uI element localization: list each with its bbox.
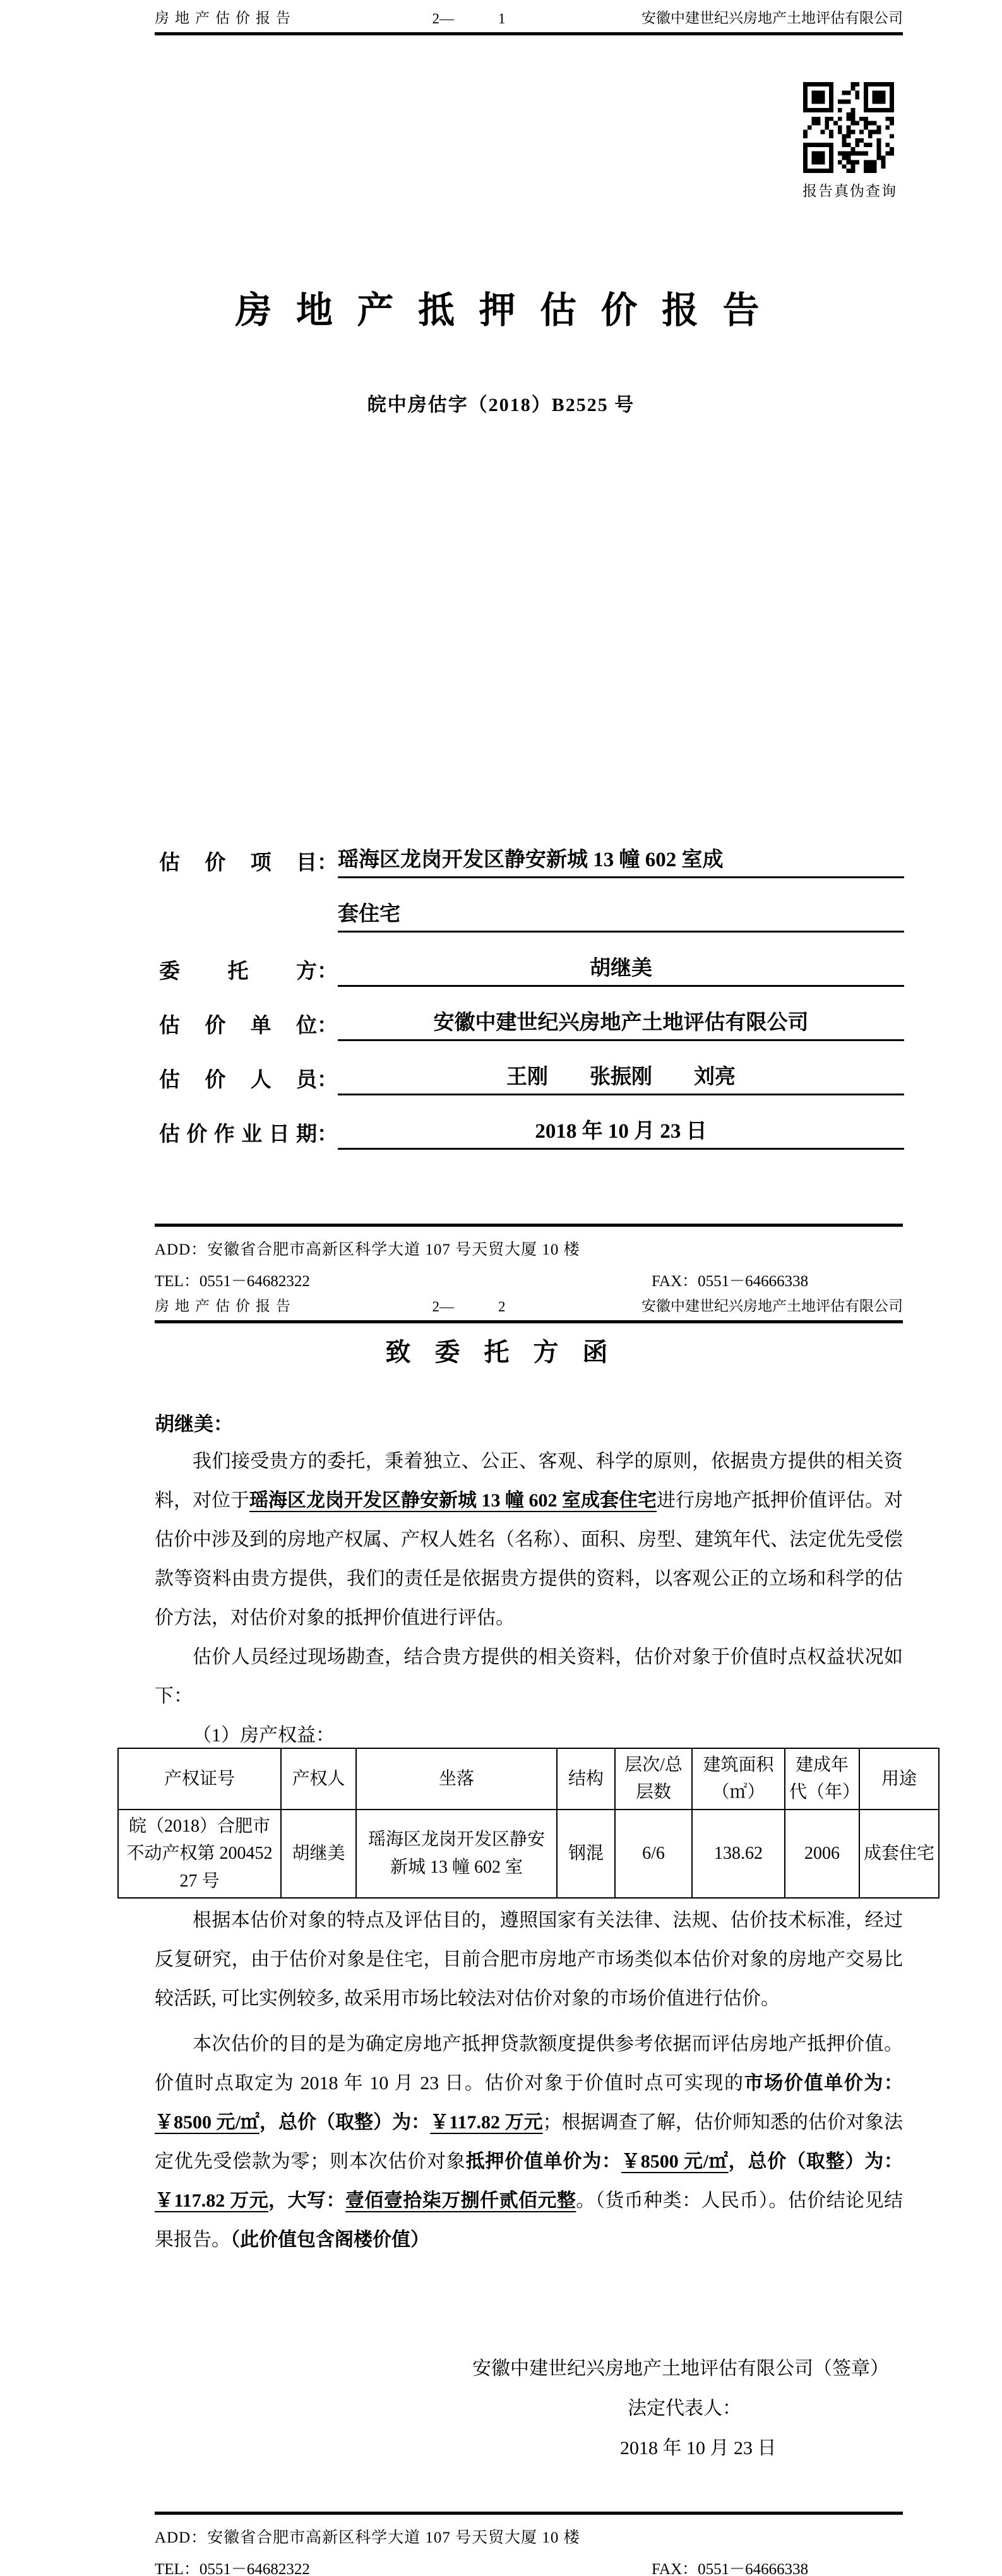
cover-field-date: 估价作业日期：2018 年 10 月 23 日 [159,1116,904,1150]
field-label: 委托方 [159,957,317,987]
qr-verification-block: 报告真伪查询 [802,82,895,200]
table-header-cell: 产权证号 [118,1748,281,1810]
field-value: 王刚 张振刚 刘亮 [338,1062,904,1095]
cover-field-project: 估价项目：瑶海区龙岗开发区静安新城 13 幢 602 室成 [159,845,904,878]
table-cell: 皖（2018）合肥市不动产权第 20045227 号 [118,1810,281,1898]
table-header-cell: 产权人 [281,1748,356,1810]
letter-salutation: 胡继美： [155,1408,233,1436]
cover-info-block: 估价项目：瑶海区龙岗开发区静安新城 13 幢 602 室成 套住宅 委托方：胡继… [159,845,904,1171]
report-title: 房 地 产 抵 押 估 价 报 告 [0,280,1002,333]
field-label: 估价项目 [159,848,317,878]
letter-paragraph-3: 根据本估价对象的特点及评估目的，遵照国家有关法律、法规、估价技术标准，经过反复研… [155,1901,903,2018]
table-cell: 瑶海区龙岗开发区静安新城 13 幢 602 室 [356,1810,557,1898]
footer-tel-fax: TEL：0551－64682322 FAX：0551－64666338 [155,1268,903,1288]
footer-fax: FAX：0551－64666338 [652,1268,808,1288]
signature-block: 安徽中建世纪兴房地产土地评估有限公司（签章） 法定代表人： 2018 年 10 … [155,2349,903,2468]
field-colon: ： [317,848,338,878]
signature-date: 2018 年 10 月 23 日 [155,2428,903,2468]
letter-paragraph-1: 我们接受贵方的委托，秉着独立、公正、客观、科学的原则，依据贵方提供的相关资料，对… [155,1442,903,1638]
cover-field-client: 委托方：胡继美 [159,953,904,987]
field-label: 估价作业日期 [159,1119,317,1150]
field-colon: ： [317,1011,338,1041]
running-header-report-name: 房地产估价报告 [155,1294,296,1315]
cover-field-agency: 估价单位：安徽中建世纪兴房地产土地评估有限公司 [159,1008,904,1041]
property-rights-table: 产权证号 产权人 坐落 结构 层次/总层数 建筑面积（㎡） 建成年代（年） 用途… [117,1748,939,1899]
table-cell: 钢混 [557,1810,615,1898]
letter-paragraph-4: 本次估价的目的是为确定房地产抵押贷款额度提供参考依据而评估房地产抵押价值。价值时… [155,2025,903,2260]
page-1: 房地产估价报告 2—1 安徽中建世纪兴房地产土地评估有限公司 报告真伪查询 房 … [0,0,1002,1288]
page-footer: ADD：安徽省合肥市高新区科学大道 107 号天贸大厦 10 楼 TEL：055… [155,1224,903,1288]
letter-paragraph-2: 估价人员经过现场勘查，结合贵方提供的相关资料，估价对象于价值时点权益状况如下： [155,1638,903,1716]
cover-field-project-cont: 套住宅 [159,899,904,933]
table-cell: 2006 [785,1810,859,1898]
field-colon: ： [317,1065,338,1095]
footer-fax: FAX：0551－64666338 [652,2556,808,2576]
signature-company: 安徽中建世纪兴房地产土地评估有限公司（签章） [155,2349,903,2388]
field-value: 2018 年 10 月 23 日 [338,1116,904,1150]
field-value: 胡继美 [338,953,904,987]
footer-tel: TEL：0551－64682322 [155,2561,310,2576]
report-number: 皖中房估字（2018）B2525 号 [0,389,1002,417]
footer-tel: TEL：0551－64682322 [155,1273,310,1288]
table-header-cell: 用途 [859,1748,939,1810]
signature-legal-rep: 法定代表人： [155,2388,903,2428]
field-value: 套住宅 [338,899,904,933]
running-header-company: 安徽中建世纪兴房地产土地评估有限公司 [641,6,903,27]
table-header-cell: 结构 [557,1748,615,1810]
table-cell: 6/6 [615,1810,692,1898]
footer-tel-fax: TEL：0551－64682322 FAX：0551－64666338 [155,2556,903,2576]
footer-address: ADD：安徽省合肥市高新区科学大道 107 号天贸大厦 10 楼 [155,1237,903,1260]
cover-field-staff: 估价人员：王刚 张振刚 刘亮 [159,1062,904,1095]
table-header-cell: 建筑面积（㎡） [692,1748,785,1810]
qr-caption: 报告真伪查询 [802,179,895,200]
field-value: 瑶海区龙岗开发区静安新城 13 幢 602 室成 [338,845,904,878]
page-footer: ADD：安徽省合肥市高新区科学大道 107 号天贸大厦 10 楼 TEL：055… [155,2512,903,2576]
table-header-cell: 建成年代（年） [785,1748,859,1810]
footer-address: ADD：安徽省合肥市高新区科学大道 107 号天贸大厦 10 楼 [155,2525,903,2548]
table-header-row: 产权证号 产权人 坐落 结构 层次/总层数 建筑面积（㎡） 建成年代（年） 用途 [118,1748,939,1810]
running-header-company: 安徽中建世纪兴房地产土地评估有限公司 [641,1294,903,1315]
page-2: 房地产估价报告 2—2 安徽中建世纪兴房地产土地评估有限公司 致 委 托 方 函… [0,1288,1002,2576]
field-label: 估价单位 [159,1011,317,1041]
page-number: 2—2 [432,1299,506,1315]
running-header-report-name: 房地产估价报告 [155,6,296,27]
field-label: 估价人员 [159,1065,317,1095]
running-header: 房地产估价报告 2—1 安徽中建世纪兴房地产土地评估有限公司 [155,6,903,35]
table-cell: 胡继美 [281,1810,356,1898]
letter-body: 我们接受贵方的委托，秉着独立、公正、客观、科学的原则，依据贵方提供的相关资料，对… [155,1442,903,1755]
field-value: 安徽中建世纪兴房地产土地评估有限公司 [338,1008,904,1041]
page-number: 2—1 [432,11,506,27]
running-header: 房地产估价报告 2—2 安徽中建世纪兴房地产土地评估有限公司 [155,1294,903,1323]
table-cell: 138.62 [692,1810,785,1898]
table-header-cell: 层次/总层数 [615,1748,692,1810]
field-colon: ： [317,957,338,987]
qr-code-icon [803,82,894,173]
table-row: 皖（2018）合肥市不动产权第 20045227 号 胡继美 瑶海区龙岗开发区静… [118,1810,939,1898]
field-colon: ： [317,1119,338,1150]
table-header-cell: 坐落 [356,1748,557,1810]
letter-title: 致 委 托 方 函 [0,1332,1002,1368]
table-cell: 成套住宅 [859,1810,939,1898]
letter-body-continued: 根据本估价对象的特点及评估目的，遵照国家有关法律、法规、估价技术标准，经过反复研… [155,1901,903,2260]
